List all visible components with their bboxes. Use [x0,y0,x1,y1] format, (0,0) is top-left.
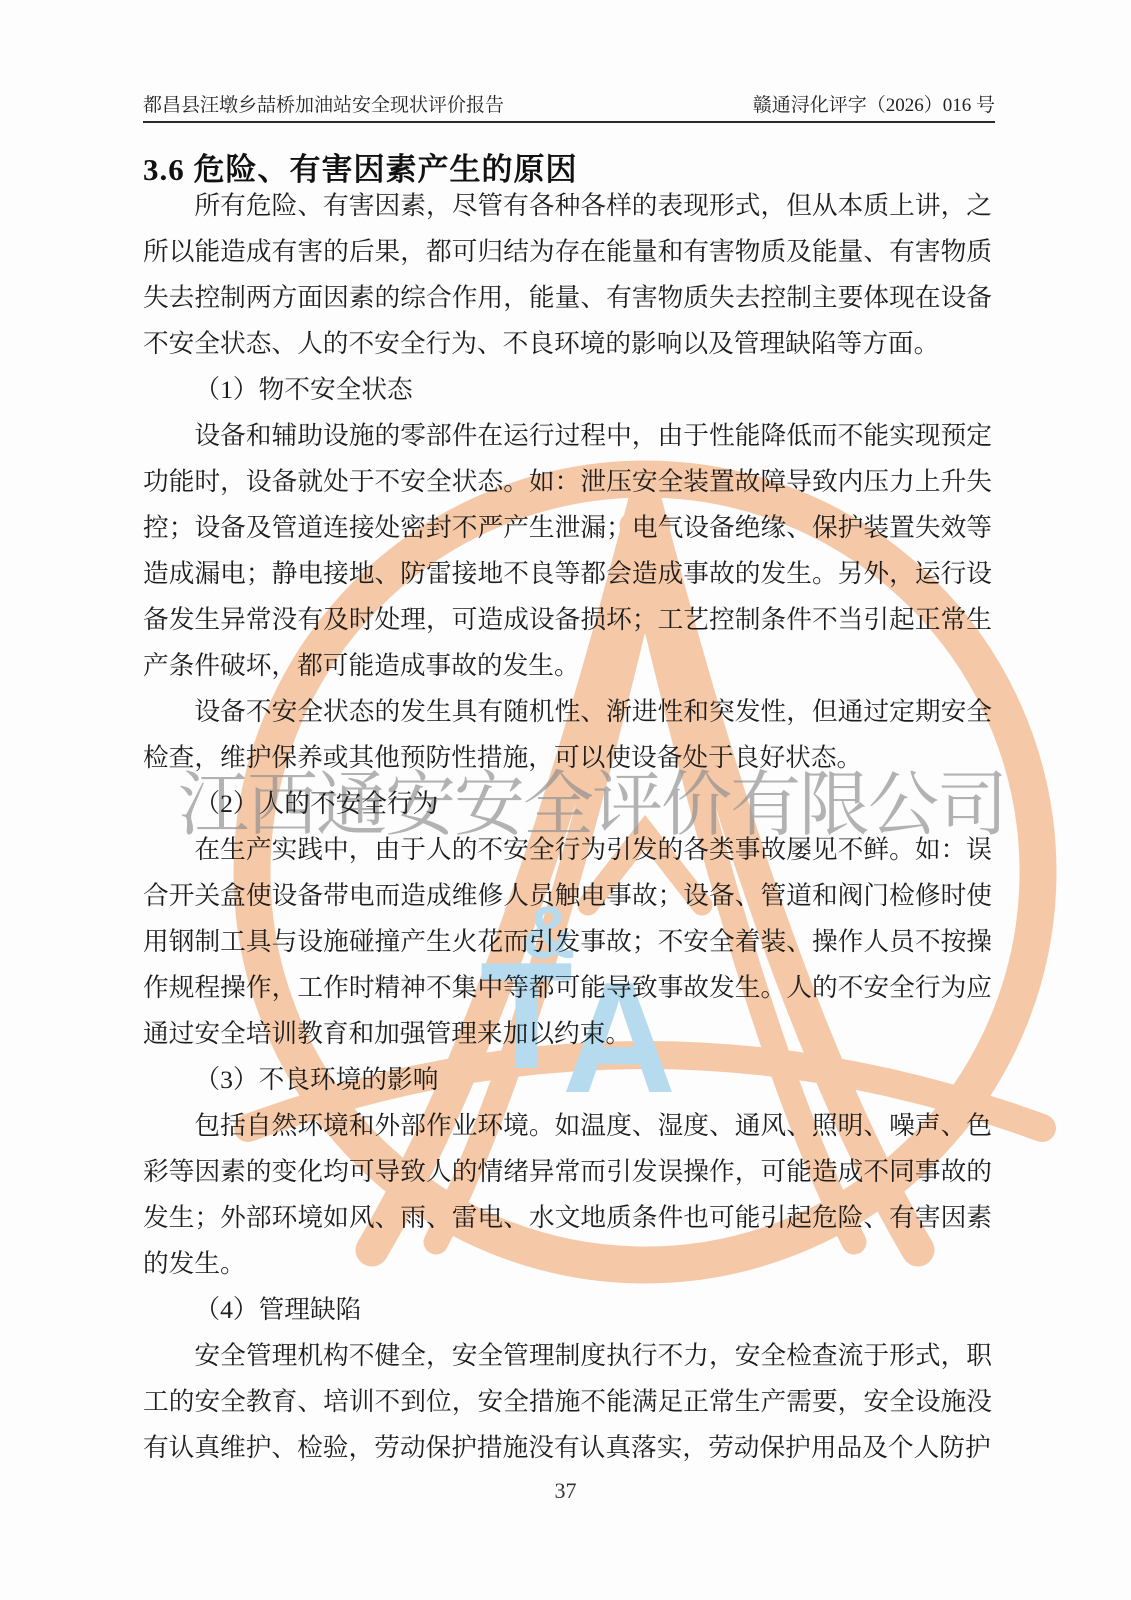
paragraph: 包括自然环境和外部作业环境。如温度、湿度、通风、照明、噪声、色彩等因素的变化均可… [143,1103,992,1287]
paragraph: 在生产实践中，由于人的不安全行为引发的各类事故屡见不鲜。如：误合开关盒使设备带电… [143,827,992,1057]
header-rule [143,121,995,123]
paragraph: 所有危险、有害因素，尽管有各种各样的表现形式，但从本质上讲，之所以能造成有害的后… [143,183,992,367]
page-header: 都昌县汪墩乡喆桥加油站安全现状评价报告 赣通浔化评字（2026）016 号 [143,90,995,117]
paragraph: （2）人的不安全行为 [143,781,992,827]
page-number: 37 [0,1478,1131,1504]
paragraph: （1）物不安全状态 [143,367,992,413]
paragraph: 设备不安全状态的发生具有随机性、渐进性和突发性，但通过定期安全检查，维护保养或其… [143,689,992,781]
header-report-title: 都昌县汪墩乡喆桥加油站安全现状评价报告 [143,90,504,117]
header-document-number: 赣通浔化评字（2026）016 号 [753,90,995,117]
paragraph: 安全管理机构不健全，安全管理制度执行不力，安全检查流于形式，职工的安全教育、培训… [143,1333,992,1471]
paragraph: （3）不良环境的影响 [143,1057,992,1103]
paragraph: （4）管理缺陷 [143,1287,992,1333]
report-page: & T A 江西通安安全评价有限公司 都昌县汪墩乡喆桥加油站安全现状评价报告 赣… [0,0,1131,1600]
section-body: 所有危险、有害因素，尽管有各种各样的表现形式，但从本质上讲，之所以能造成有害的后… [143,183,992,1471]
paragraph: 设备和辅助设施的零部件在运行过程中，由于性能降低而不能实现预定功能时，设备就处于… [143,413,992,689]
